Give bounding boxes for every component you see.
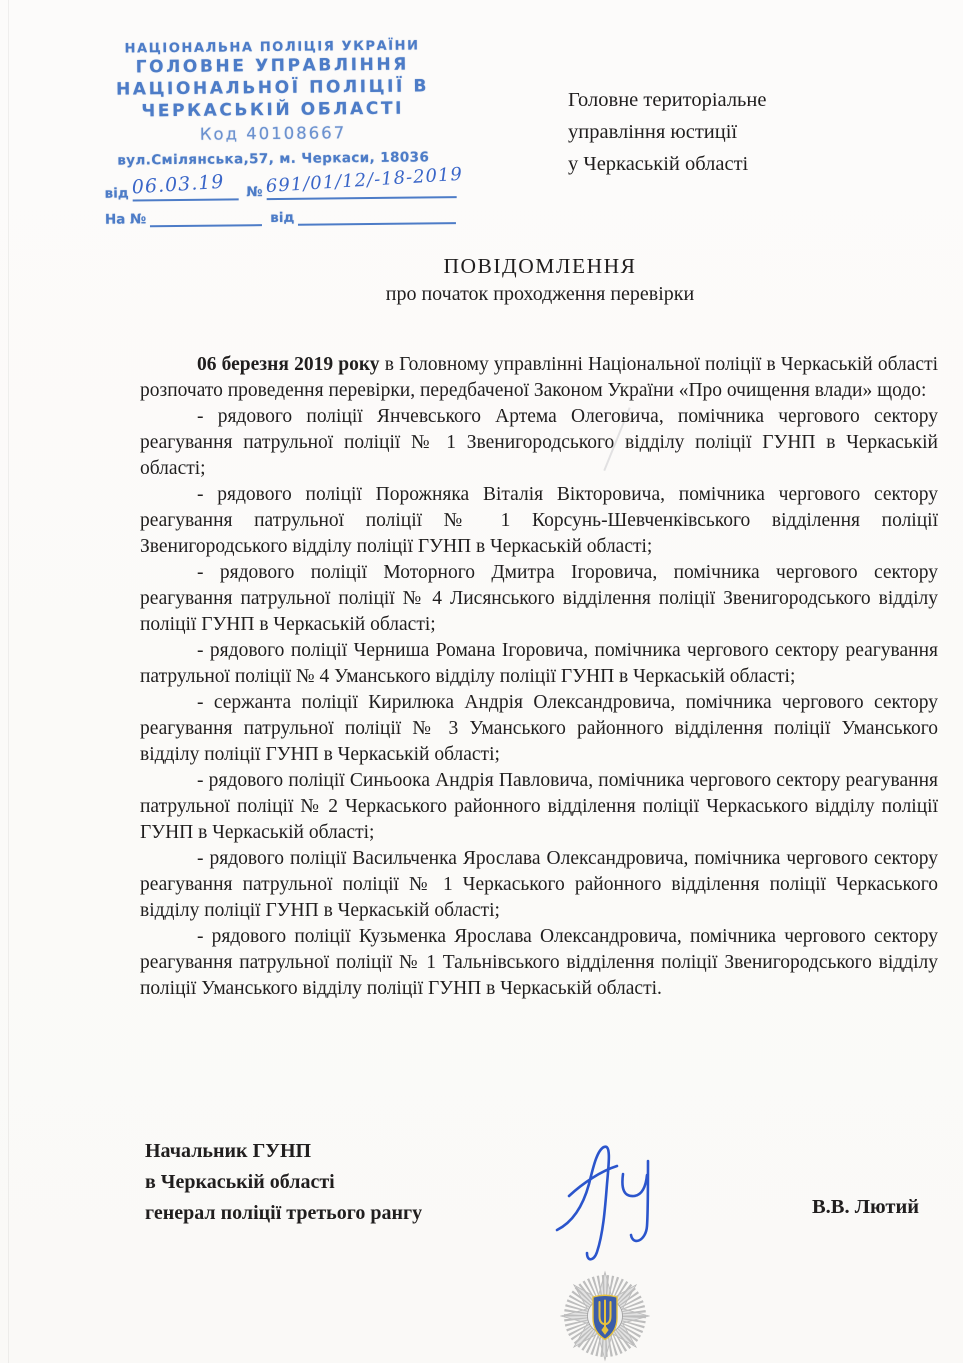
signatory-position-line: генерал поліції третього рангу bbox=[145, 1198, 422, 1229]
stamp-org-line: ЧЕРКАСЬКІЙ ОБЛАСТІ bbox=[90, 97, 456, 123]
incoming-date-field bbox=[298, 222, 456, 226]
document-title: ПОВІДОМЛЕННЯ bbox=[140, 254, 940, 279]
intro-paragraph: 06 березня 2019 року в Головному управлі… bbox=[140, 352, 938, 404]
list-item-6: - рядового поліції Синьоока Андрія Павло… bbox=[140, 768, 938, 846]
outgoing-date-label: від bbox=[105, 186, 129, 202]
signatory-position-line: в Черкаській області bbox=[145, 1167, 422, 1198]
signatory-position: Начальник ГУНП в Черкаській області гене… bbox=[145, 1136, 422, 1229]
list-item-5: - сержанта поліції Кирилюка Андрія Олекс… bbox=[140, 690, 938, 768]
addressee-line: управління юстиції bbox=[568, 116, 766, 148]
list-item-1: - рядового поліції Янчевського Артема Ол… bbox=[140, 404, 938, 482]
signatory-name: В.В. Лютий bbox=[812, 1196, 919, 1219]
signatory-position-line: Начальник ГУНП bbox=[145, 1136, 422, 1167]
outgoing-date-field: 06.03.19 bbox=[133, 176, 239, 201]
list-item-7: - рядового поліції Васильченка Ярослава … bbox=[140, 846, 938, 924]
document-subtitle: про початок проходження перевірки bbox=[140, 283, 940, 306]
list-item-4: - рядового поліції Черниша Романа Ігоров… bbox=[140, 638, 938, 690]
handwritten-number: 691/01/12/-18-2019 bbox=[265, 164, 463, 197]
sender-stamp: НАЦІОНАЛЬНА ПОЛІЦІЯ УКРАЇНИ ГОЛОВНЕ УПРА… bbox=[89, 38, 457, 228]
handwritten-date: 06.03.19 bbox=[131, 171, 225, 199]
stamp-outgoing-row: від 06.03.19 № 691/01/12/-18-2019 bbox=[90, 174, 456, 202]
addressee-line: Головне територіальне bbox=[568, 84, 766, 116]
list-item-2: - рядового поліції Порожняка Віталія Вік… bbox=[140, 482, 938, 560]
outgoing-number-field: 691/01/12/-18-2019 bbox=[266, 175, 456, 200]
handwritten-signature bbox=[543, 1132, 675, 1268]
document-title-block: ПОВІДОМЛЕННЯ про початок проходження пер… bbox=[140, 254, 940, 306]
addressee-block: Головне територіальне управління юстиції… bbox=[568, 84, 766, 180]
stamp-incoming-row: На № від bbox=[91, 208, 457, 228]
incoming-ref-label: На № bbox=[105, 211, 147, 227]
outgoing-number-label: № bbox=[246, 184, 262, 200]
document-page: НАЦІОНАЛЬНА ПОЛІЦІЯ УКРАЇНИ ГОЛОВНЕ УПРА… bbox=[0, 0, 963, 1363]
list-item-8: - рядового поліції Кузьменка Ярослава Ол… bbox=[140, 924, 938, 1002]
stamp-org-address: вул.Смілянська,57, м. Черкаси, 18036 bbox=[90, 149, 456, 169]
document-body: 06 березня 2019 року в Головному управлі… bbox=[140, 352, 938, 1002]
stamp-org-code: Код 40108667 bbox=[90, 122, 456, 145]
intro-date-bold: 06 березня 2019 року bbox=[197, 354, 380, 375]
incoming-date-label: від bbox=[270, 210, 294, 226]
national-police-emblem-icon bbox=[560, 1270, 650, 1363]
list-item-3: - рядового поліції Моторного Дмитра Ігор… bbox=[140, 560, 938, 638]
scan-edge-line bbox=[8, 0, 9, 1363]
incoming-ref-field bbox=[150, 224, 262, 227]
addressee-line: у Черкаській області bbox=[568, 148, 766, 180]
